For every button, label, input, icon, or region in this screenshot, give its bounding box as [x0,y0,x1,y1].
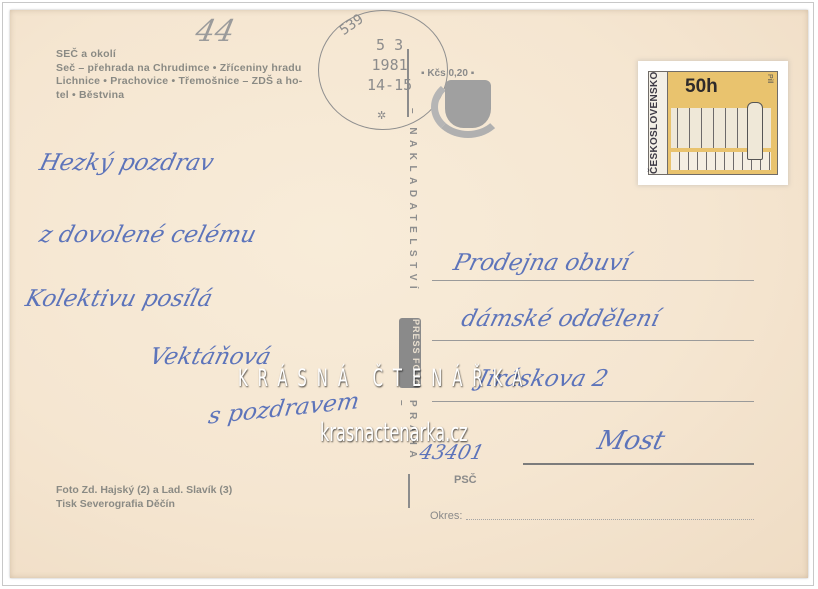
credit-line: Tisk Severografia Děčín [56,498,232,512]
hotel-shield-icon [445,80,491,128]
photo-caption: SEČ a okolí Seč – přehrada na Chrudimce … [56,48,302,102]
stamp-design: ČESKOSLOVENSKO 50h Pill [648,71,778,175]
watermark-url: krasnactenarka.cz [320,418,468,448]
address-line: dámské oddělení [459,306,662,332]
address-line: Most [594,426,668,456]
pencil-number: 44 [192,14,238,49]
okres-dotted-line [466,519,754,520]
address-rule [523,463,754,465]
caption-line: Seč – přehrada na Chrudimce • Zříceniny … [56,62,302,76]
caption-line: Lichnice • Prachovice • Třemošnice – ZDŠ… [56,75,302,89]
address-line: Prodejna obuví [451,250,633,276]
caption-line: tel • Běstvina [56,89,302,103]
credit-line: Foto Zd. Hajský (2) a Lad. Slavík (3) [56,484,232,498]
center-divider [408,474,410,508]
address-rule [432,280,754,281]
stamp-statue-icon [747,102,763,160]
psc-label: PSČ [454,474,477,486]
message-line: Hezký pozdrav [37,150,217,176]
postmark-bar [407,49,409,117]
printed-postage: ▪ Kčs 0,20 ▪ [415,68,505,138]
photo-credits: Foto Zd. Hajský (2) a Lad. Slavík (3) Ti… [56,484,232,511]
message-line: z dovolené celému [37,222,259,248]
okres-label: Okres: [430,510,462,522]
stamp-country: ČESKOSLOVENSKO [649,72,668,174]
postage-stamp: ČESKOSLOVENSKO 50h Pill [640,63,786,183]
message-line: Kolektivu posílá [23,286,215,312]
caption-title: SEČ a okolí [56,48,302,62]
postmark-star-icon: ✲ [377,109,386,122]
postage-price: ▪ Kčs 0,20 ▪ [421,68,474,79]
address-rule [432,340,754,341]
stamp-value: 50h [685,76,718,98]
stamp-designer: Pill [766,74,773,83]
address-rule [432,401,754,402]
postmark-date: 5 3 1981 14-15 [367,35,412,95]
watermark-title: KRÁSNÁ ČTENÁŘKA [238,364,532,392]
